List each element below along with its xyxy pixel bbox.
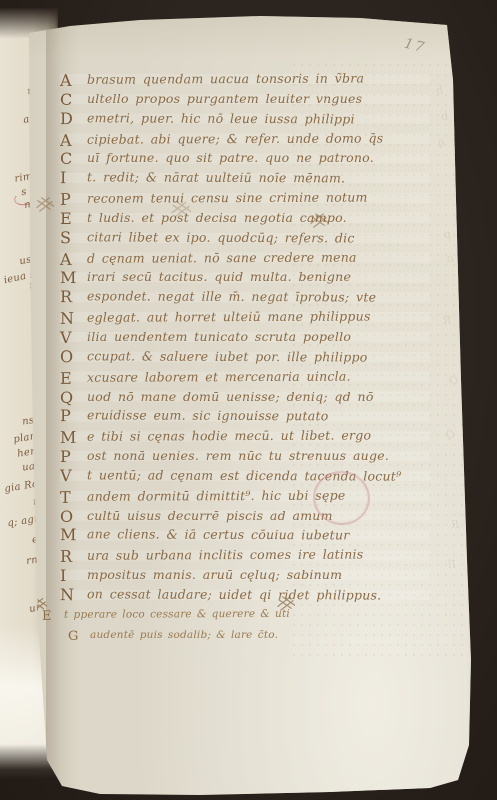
verse-line: Mirari secū tacitus. quid multa. benigne <box>60 269 452 289</box>
versal-initial: V <box>60 329 87 346</box>
verse-text: t. redit; & nārat uulteiū noīe mēnam. <box>87 169 452 186</box>
verse-line: Et ludis. et post decisa negotia campo. <box>60 210 452 230</box>
show-through-glyph: b <box>441 110 448 123</box>
verse-line: Cuī fortune. quo sit patre. quo ne patro… <box>60 150 452 170</box>
verse-line: Acipiebat. abi quere; & refer. unde domo… <box>60 130 452 152</box>
versal-initial: V <box>60 467 87 484</box>
hash-mark-icon <box>35 195 54 214</box>
verse-text: ura sub urbana inclitis comes ire latini… <box>87 546 452 563</box>
text-block: Abrasum quendam uacua tonsoris in ṽbraCu… <box>60 71 452 649</box>
versal-initial: C <box>60 91 87 108</box>
verse-line: Post nonā uenies. rem nūc tu strenuus au… <box>60 448 452 468</box>
verse-line: Excusare laborem et mercenaria uincla. <box>60 368 452 390</box>
verse-line: Et pperare loco cessare & querere & uti <box>42 606 452 629</box>
versal-initial: R <box>60 288 87 305</box>
manuscript-page: 17 Abrasum quendam uacua tonsoris in ṽbr… <box>0 0 497 800</box>
show-through-glyph: R <box>451 518 459 531</box>
verse-text: ilia uendentem tunicato scruta popello <box>87 329 452 344</box>
hash-mark-icon <box>309 211 328 230</box>
versal-initial: A <box>60 250 87 267</box>
verse-line: Demetri, puer. hic nō leue iussa philipp… <box>60 110 452 132</box>
verse-line: Vilia uendentem tunicato scruta popello <box>60 329 452 349</box>
versal-initial: P <box>60 191 87 208</box>
verse-line: Vt uentū; ad cęnam est dicenda tacenda l… <box>60 467 452 489</box>
verse-line: Abrasum quendam uacua tonsoris in ṽbra <box>60 70 452 92</box>
versal-initial: Q <box>60 389 87 406</box>
versal-initial: G <box>68 628 90 645</box>
show-through-glyph: Il <box>448 558 456 571</box>
versal-initial: M <box>60 527 87 544</box>
verse-line: Occupat. & saluere iubet por. ille phili… <box>60 348 452 370</box>
versal-initial: M <box>60 429 87 446</box>
verse-text: xcusare laborem et mercenaria uincla. <box>87 368 452 385</box>
versal-initial: I <box>60 567 87 584</box>
verse-line: Non cessat laudare; uidet qi ridet phili… <box>60 586 452 608</box>
verse-line: Respondet. negat ille m̄. negat īprobus;… <box>60 288 452 310</box>
versal-initial: E <box>60 210 87 227</box>
verse-text: t uentū; ad cęnam est dicenda tacenda lo… <box>87 467 452 484</box>
show-through-glyph: R <box>443 314 451 327</box>
versal-initial: E <box>60 369 87 386</box>
versal-initial: T <box>60 488 87 505</box>
verse-text: espondet. negat ille m̄. negat īprobus; … <box>87 289 452 306</box>
verse-text: eglegat. aut horret ulteiū mane philippu… <box>87 308 452 325</box>
verse-text: emetri, puer. hic nō leue iussa philippi <box>87 110 452 127</box>
verse-line: Impositus manis. aruū cęluq; sabinum <box>60 567 452 587</box>
show-through-glyph: q <box>438 136 445 149</box>
verse-text: d cęnam ueniat. nō sane credere mena <box>87 249 452 266</box>
verse-text: ccupat. & saluere iubet por. ille philip… <box>87 348 452 365</box>
verse-line: Ocultū uisus decurrē piscis ad amum <box>60 508 452 528</box>
manuscript-photo: nusmeṙlesalloseyruerimams ruḋnthausineie… <box>0 0 497 800</box>
verse-line: Peruidisse eum. sic ignouisse putato <box>60 407 452 429</box>
show-through-glyph: Q <box>446 428 455 441</box>
verse-text: reconem tenui censu sine crimine notum <box>87 189 452 206</box>
versal-initial: N <box>60 586 87 603</box>
verse-text: t pperare loco cessare & querere & uti <box>64 606 452 623</box>
verse-text: ane cliens. & iā certus cōuiua iubetur <box>87 527 452 544</box>
versal-initial: A <box>60 72 87 89</box>
verse-line: Cultello propos purgantem leuiter vngues <box>60 91 452 111</box>
versal-initial: I <box>60 169 87 186</box>
verse-line: Neglegat. aut horret ulteiū mane philipp… <box>60 308 452 330</box>
versal-initial: D <box>60 110 87 127</box>
versal-initial: M <box>60 269 87 286</box>
versal-initial: R <box>60 548 87 565</box>
versal-initial: S <box>60 229 87 246</box>
verse-text: t ludis. et post decisa negotia campo. <box>87 210 452 225</box>
verse-line: Tandem dormitū dimittit⁹. hic ubi sępe <box>60 487 452 509</box>
versal-initial: O <box>60 348 87 365</box>
show-through-glyph: b <box>436 84 443 97</box>
verse-text: ultello propos purgantem leuiter vngues <box>87 91 452 106</box>
verse-line: Preconem tenui censu sine crimine notum <box>60 189 452 211</box>
verse-text: ost nonā uenies. rem nūc tu strenuus aug… <box>87 448 452 463</box>
versal-initial: P <box>60 448 87 465</box>
verse-line: Me tibi si cęnas hodie mecū. ut libet. e… <box>60 427 452 449</box>
hash-mark-icon <box>170 199 191 220</box>
verse-text: cultū uisus decurrē piscis ad amum <box>87 508 452 523</box>
verse-text: audentē puis sodalib; & lare c̄to. <box>90 628 452 643</box>
verse-line: Scitari libet ex ipo. quodcūq; refers. d… <box>60 229 452 251</box>
page-right-edge-shadow <box>467 0 497 800</box>
verse-text: e tibi si cęnas hodie mecū. ut libet. er… <box>87 427 452 444</box>
verse-line: Gaudentē puis sodalib; & lare c̄to. <box>68 628 452 649</box>
hash-mark-icon <box>276 594 295 613</box>
versal-initial: N <box>60 310 87 327</box>
verse-text: mpositus manis. aruū cęluq; sabinum <box>87 567 452 582</box>
verse-text: citari libet ex ipo. quodcūq; refers. di… <box>87 229 452 246</box>
verse-text: eruidisse eum. sic ignouisse putato <box>87 408 452 425</box>
show-through-glyph: p <box>444 228 451 241</box>
verse-text: on cessat laudare; uidet qi ridet philip… <box>87 586 452 603</box>
verse-text: uī fortune. quo sit patre. quo ne patron… <box>87 150 452 165</box>
versal-initial: A <box>60 131 87 148</box>
verse-line: Ad cęnam ueniat. nō sane credere mena <box>60 249 452 271</box>
show-through-glyph: o <box>447 252 454 265</box>
versal-initial: O <box>60 508 87 525</box>
verse-text: brasum quendam uacua tonsoris in ṽbra <box>87 70 452 87</box>
verse-text: uod nō mane domū uenisse; deniq; qd nō <box>87 389 452 404</box>
verse-line: Rura sub urbana inclitis comes ire latin… <box>60 546 452 568</box>
verse-line: It. redit; & nārat uulteiū noīe mēnam. <box>60 169 452 191</box>
verse-line: Quod nō mane domū uenisse; deniq; qd nō <box>60 389 452 409</box>
verse-text: cipiebat. abi quere; & refer. unde domo … <box>87 130 452 147</box>
verse-line: Mane cliens. & iā certus cōuiua iubetur <box>60 527 452 549</box>
versal-initial: C <box>60 150 87 167</box>
verse-text: irari secū tacitus. quid multa. benigne <box>87 269 452 284</box>
show-through-glyph: O <box>449 374 458 387</box>
verse-text: andem dormitū dimittit⁹. hic ubi sępe <box>87 487 452 504</box>
versal-initial: P <box>60 407 87 424</box>
